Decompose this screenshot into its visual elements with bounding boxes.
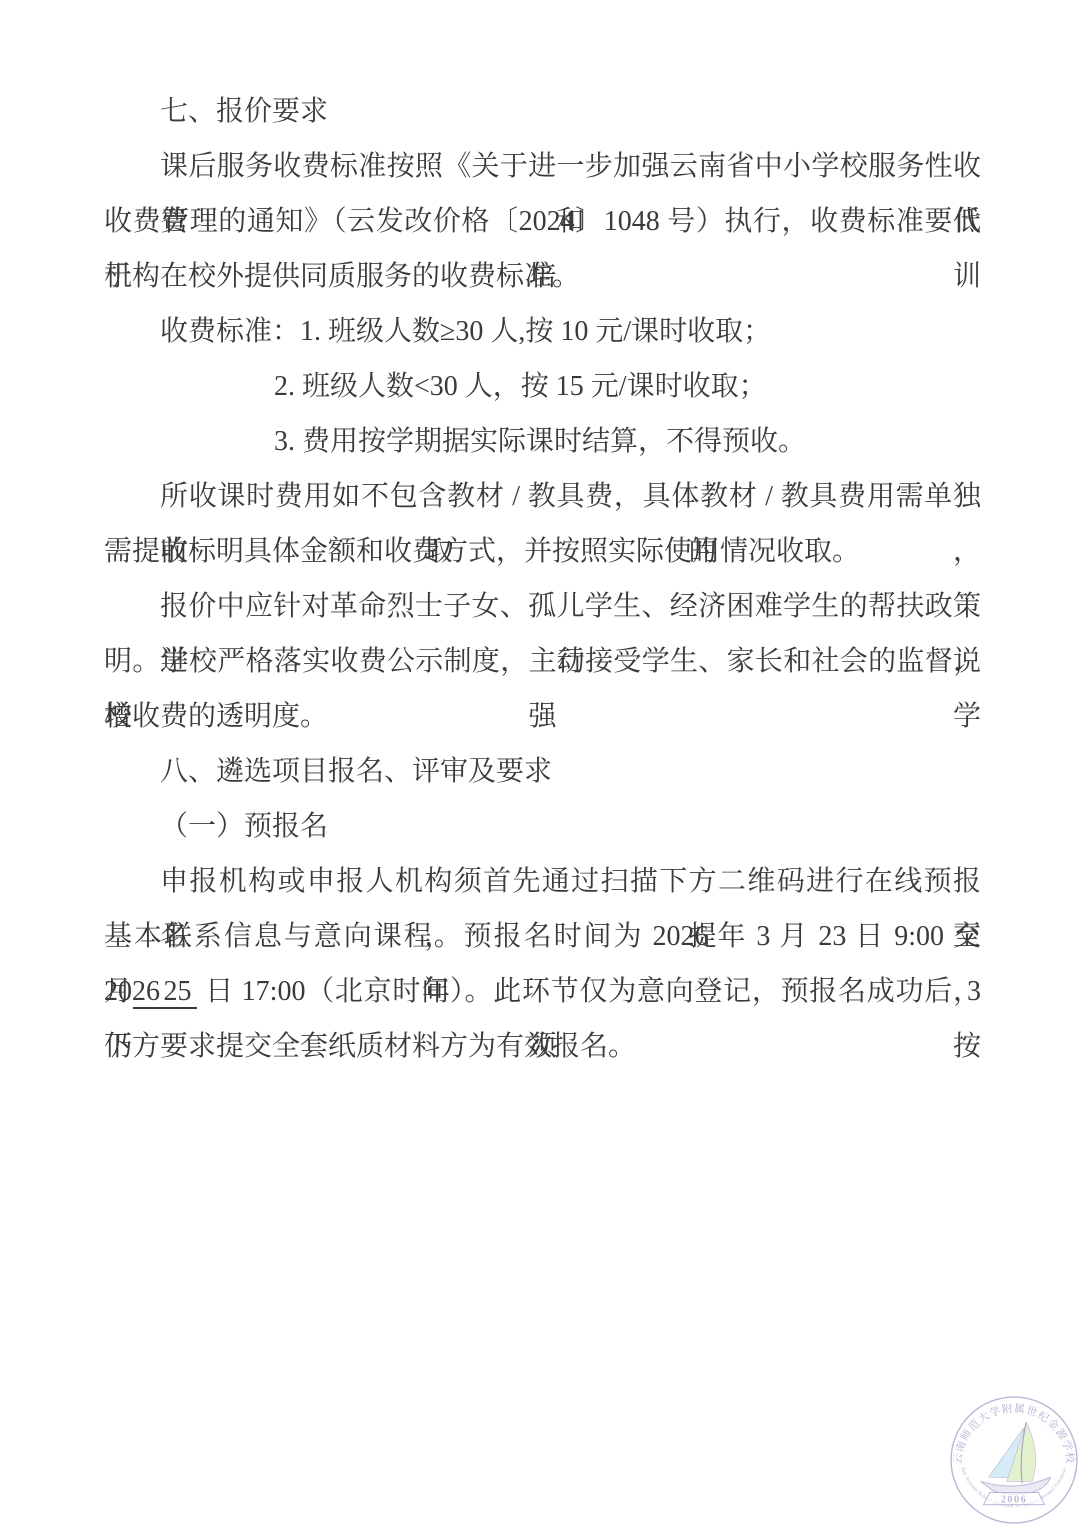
- document-body: 七、报价要求 课后服务收费标准按照《关于进一步加强云南省中小学校服务性收费和代 …: [104, 84, 981, 1074]
- fee-standard-item-3: 3. 费用按学期据实际课时结算，不得预收。: [104, 414, 981, 469]
- body-line: 收费管理的通知》（云发改价格〔2024〕1048 号）执行，收费标准要低于培训: [104, 194, 981, 249]
- founding-year: 2006: [1001, 1495, 1027, 1506]
- body-line: 明。学校严格落实收费公示制度，主动接受学生、家长和社会的监督，增强学: [104, 634, 981, 689]
- fee-standard-item-1: 收费标准：1. 班级人数≥30 人,按 10 元/课时收取；: [104, 304, 981, 359]
- body-line: 课后服务收费标准按照《关于进一步加强云南省中小学校服务性收费和代: [104, 139, 981, 194]
- body-line: 所收课时费用如不包含教材 / 教具费，具体教材 / 教具费用需单独收取的，: [104, 469, 981, 524]
- body-line-with-underline: 月 25 日 17:00（北京时间）。此环节仅为意向登记，预报名成功后，仍须按: [104, 964, 981, 1019]
- section-7-heading: 七、报价要求: [104, 84, 981, 139]
- document-page: { "page": { "background": "#ffffff", "te…: [0, 0, 1080, 1527]
- body-line: 申报机构或申报人机构须首先通过扫描下方二维码进行在线预报名，提交: [104, 854, 981, 909]
- body-line: 报价中应针对革命烈士子女、孤儿学生、经济困难学生的帮扶政策进行说: [104, 579, 981, 634]
- body-text-segment: 月: [104, 976, 133, 1007]
- body-line: 需提前标明具体金额和收费方式，并按照实际使用情况收取。: [104, 524, 981, 579]
- body-line: 基本联系信息与意向课程。预报名时间为 2026 年 3 月 23 日 9:00 …: [104, 909, 981, 964]
- subsection-1-heading: （一）预报名: [104, 799, 981, 854]
- school-seal-watermark: 云南师范大学附属世纪金源学校 Shiji Jinyuan School Atta…: [948, 1393, 1080, 1527]
- underlined-date-value: 25: [133, 976, 198, 1009]
- sailboat-icon: 2006: [980, 1422, 1050, 1505]
- section-8-heading: 八、遴选项目报名、评审及要求: [104, 744, 981, 799]
- fee-standard-item-2: 2. 班级人数<30 人，按 15 元/课时收取；: [104, 359, 981, 414]
